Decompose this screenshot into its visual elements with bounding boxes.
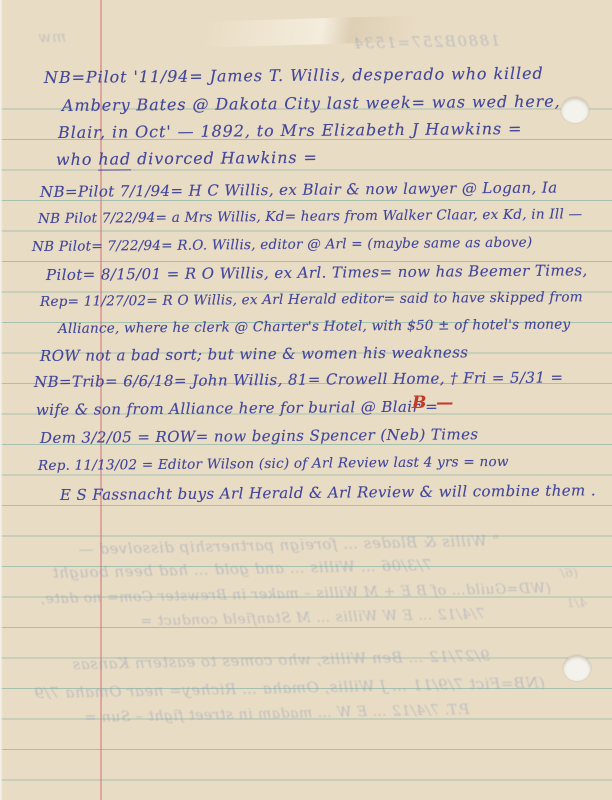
bleedthrough-fragment: (6/ xyxy=(560,566,578,580)
bleedthrough-fragment: 4/1 xyxy=(566,596,587,610)
underlined-word: had xyxy=(98,149,131,170)
handwritten-line: ROW not a bad sort; but wine & women his… xyxy=(40,343,469,365)
handwritten-line: wife & son from Alliance here for burial… xyxy=(36,397,438,419)
bleedthrough-number: 1880B257=1534 xyxy=(352,31,500,52)
bleedthrough-mark: mw xyxy=(38,28,66,47)
handwritten-line: Blair, in Oct' — 1892, to Mrs Elizabeth … xyxy=(58,119,523,142)
punch-hole-top xyxy=(561,97,589,123)
scanned-note-page: mw 1880B257=1534 NB=Pilot '11/94= James … xyxy=(0,0,612,800)
line-segment: who xyxy=(56,150,98,169)
handwritten-line: who had divorced Hawkins = xyxy=(56,148,318,169)
punch-hole-bottom xyxy=(563,655,591,681)
scan-edge xyxy=(0,0,3,800)
red-annotation: B — xyxy=(412,393,455,413)
handwritten-line: Dem 3/2/05 = ROW= now begins Spencer (Ne… xyxy=(40,425,479,447)
line-segment: divorced Hawkins = xyxy=(131,148,318,169)
